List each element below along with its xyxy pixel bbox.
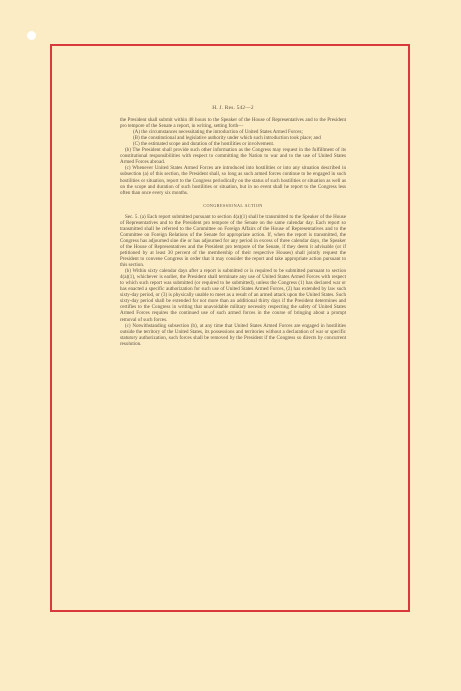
punch-hole (27, 31, 36, 40)
document-body: H. J. Res. 542—2 the President shall sub… (120, 105, 346, 347)
page-header: H. J. Res. 542—2 (120, 105, 346, 111)
paragraph-subsection-b: (b) The President shall provide such oth… (120, 147, 346, 165)
paragraph-sec5-a: Sec. 5. (a) Each report submitted pursua… (120, 214, 346, 268)
paragraph-sec5-c: (c) Notwithstanding subsection (b), at a… (120, 323, 346, 347)
paragraph-intro: the President shall submit within 48 hou… (120, 117, 346, 129)
paragraph-sec5-b: (b) Within sixty calendar days after a r… (120, 268, 346, 322)
section-heading: Congressional Action (120, 203, 346, 209)
paragraph-subsection-c: (c) Whenever United States Armed Forces … (120, 165, 346, 195)
